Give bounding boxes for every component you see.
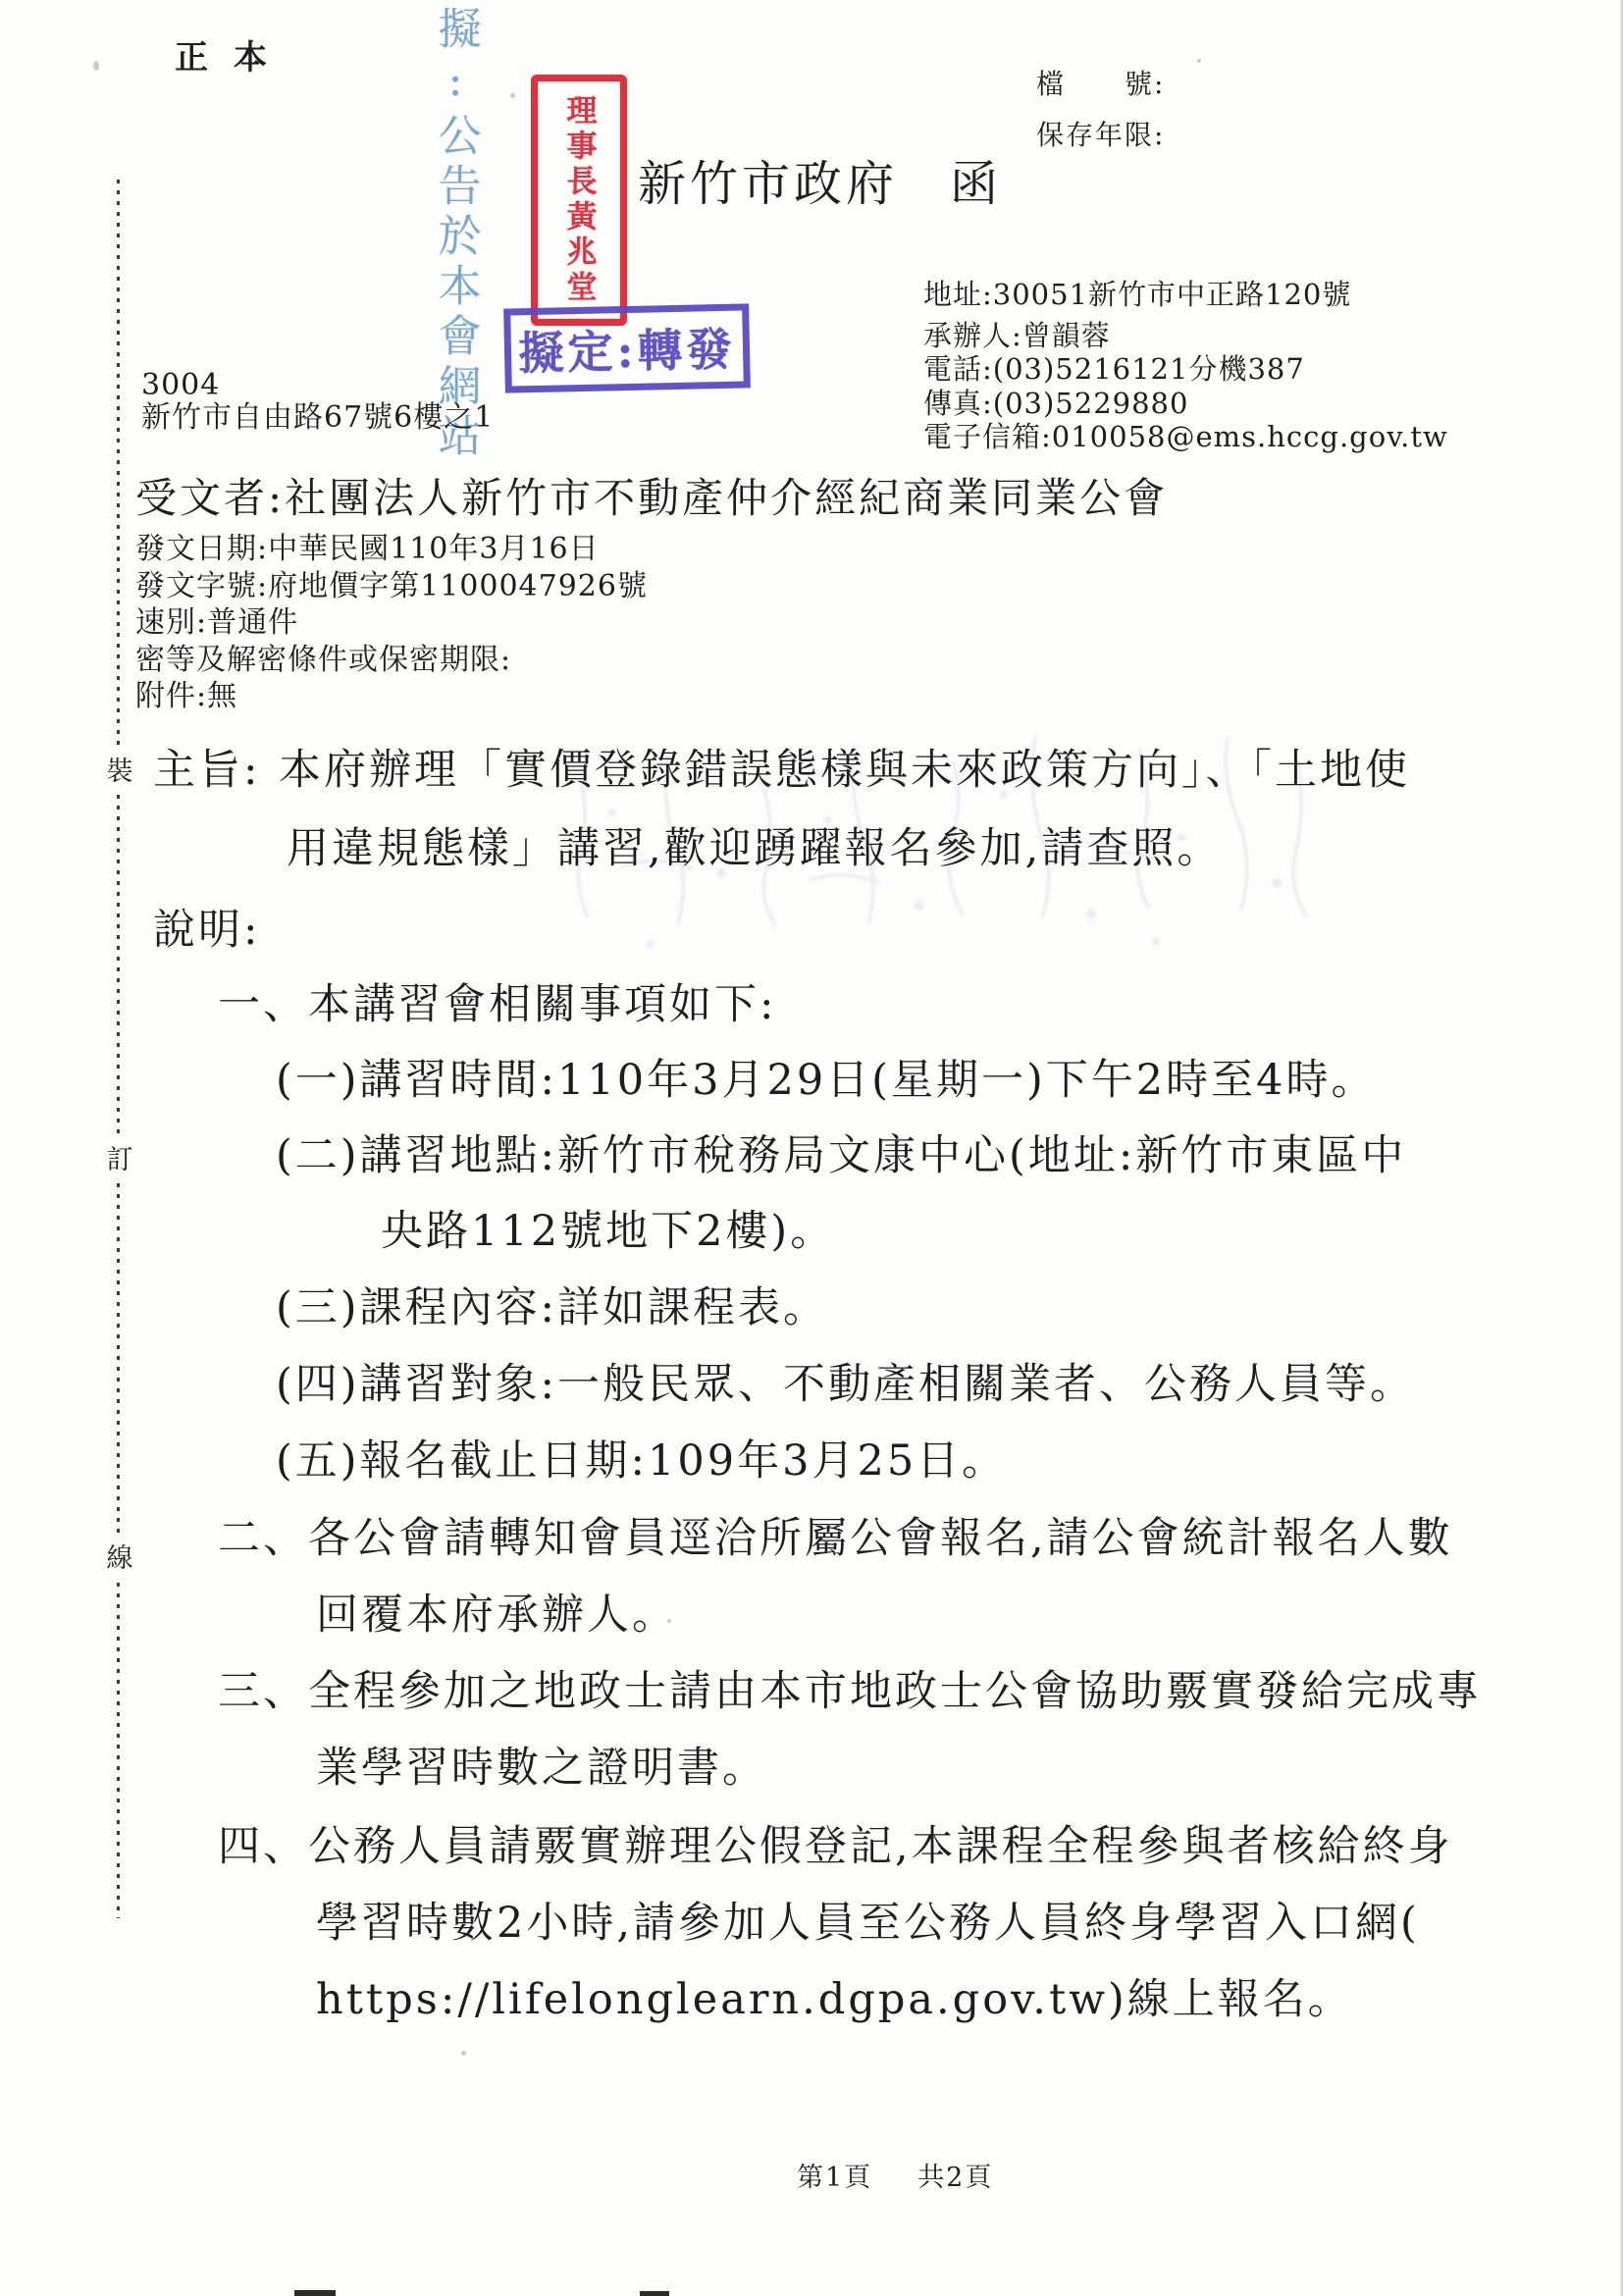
document-title: 新竹市政府 函 xyxy=(638,157,1002,212)
explanation-item-1-2-line-2: 央路112號地下2樓)。 xyxy=(381,1208,835,1256)
retention-period-label: 保存年限: xyxy=(1036,120,1165,151)
page-number: 第1頁 xyxy=(797,2163,872,2193)
doc-number-line: 發文字號:府地價字第1100047926號 xyxy=(135,570,648,604)
email-line: 電子信箱:010058@ems.hccg.gov.tw xyxy=(923,421,1448,453)
explanation-item-4-line-2: 學習時數2小時,請參加人員至公務人員終身學習入口網( xyxy=(316,1900,1420,1948)
scan-speck xyxy=(510,93,515,98)
copy-type-label: 正本 xyxy=(175,39,292,78)
binding-mark-xian: 線 xyxy=(102,1539,137,1579)
binding-mark-zhuang: 裝 xyxy=(102,752,137,792)
issue-date-line: 發文日期:中華民國110年3月16日 xyxy=(135,533,600,567)
explanation-item-1-5: (五)報名截止日期:109年3月25日。 xyxy=(276,1437,1007,1486)
security-class-line: 密等及解密條件或保密期限: xyxy=(135,644,511,678)
scan-speck xyxy=(93,61,99,71)
subject-line-1: 本府辦理「實價登錄錯誤態樣與未來政策方向」、「土地使 xyxy=(279,747,1410,795)
sender-address-line: 地址:30051新竹市中正路120號 xyxy=(923,279,1351,311)
explanation-item-4-line-3: https://lifelonglearn.dgpa.gov.tw)線上報名。 xyxy=(316,1976,1353,2024)
chairman-stamp-text: 理事長黃兆堂 xyxy=(557,94,602,306)
scanned-official-letter: 正本 擬:公告於本會網站 理事長黃兆堂 擬定:轉發 檔 號: 保存年限: 新竹市… xyxy=(0,0,1623,2296)
chairman-name-stamp: 理事長黃兆堂 xyxy=(531,75,627,326)
attachment-line: 附件:無 xyxy=(135,680,237,714)
action-decision-stamp: 擬定:轉發 xyxy=(503,303,751,392)
binding-dotted-line xyxy=(117,180,120,1918)
action-stamp-text: 擬定:轉發 xyxy=(518,314,736,384)
explanation-item-2-line-1: 二、各公會請轉知會員逕洽所屬公會報名,請公會統計報名人數 xyxy=(218,1515,1453,1563)
phone-line: 電話:(03)5216121分機387 xyxy=(923,353,1305,386)
explanation-item-1-3: (三)課程內容:詳如課程表。 xyxy=(276,1284,828,1332)
explanation-item-2-line-2: 回覆本府承辦人。 xyxy=(316,1592,677,1640)
recipient-line: 受文者:社團法人新竹市不動產仲介經紀商業同業公會 xyxy=(135,475,1168,522)
page-footer: 第1頁共2頁 xyxy=(797,2163,993,2193)
explanation-item-3-line-1: 三、全程參加之地政士請由本市地政士公會協助覈實發給完成專 xyxy=(218,1668,1482,1716)
scan-speck xyxy=(667,1619,671,1623)
contact-person-line: 承辦人:曾韻蓉 xyxy=(923,320,1111,352)
file-number-label: 檔 號: xyxy=(1036,69,1165,100)
scan-speck xyxy=(461,2051,466,2056)
scan-bottom-artifact xyxy=(294,2290,336,2296)
speed-class-line: 速別:普通件 xyxy=(135,606,298,641)
explanation-item-3-line-2: 業學習時數之證明書。 xyxy=(316,1745,767,1793)
fax-line: 傳真:(03)5229880 xyxy=(923,388,1188,420)
explanation-item-1-2-line-1: (二)講習地點:新竹市稅務局文康中心(地址:新竹市東區中 xyxy=(276,1132,1406,1180)
page-total: 共2頁 xyxy=(917,2163,993,2193)
scan-bottom-artifact xyxy=(640,2291,669,2296)
mailing-code: 3004 xyxy=(141,369,220,403)
explanation-item-1-1: (一)講習時間:110年3月29日(星期一)下午2時至4時。 xyxy=(276,1057,1376,1105)
scan-edge-shadow xyxy=(1619,0,1623,2296)
mailing-address: 新竹市自由路67號6樓之1 xyxy=(141,401,494,436)
scan-speck xyxy=(1197,59,1201,63)
binding-mark-ding: 訂 xyxy=(102,1140,137,1180)
explanation-label: 說明: xyxy=(153,907,261,955)
explanation-item-4-line-1: 四、公務人員請覈實辦理公假登記,本課程全程參與者核給終身 xyxy=(218,1823,1453,1871)
explanation-item-1-4: (四)講習對象:一般民眾、不動產相關業者、公務人員等。 xyxy=(276,1361,1415,1409)
subject-label: 主旨: xyxy=(153,747,261,795)
explanation-item-1: 一、本講習會相關事項如下: xyxy=(218,981,777,1029)
subject-line-2: 用違規態樣」講習,歡迎踴躍報名參加,請查照。 xyxy=(287,825,1222,873)
